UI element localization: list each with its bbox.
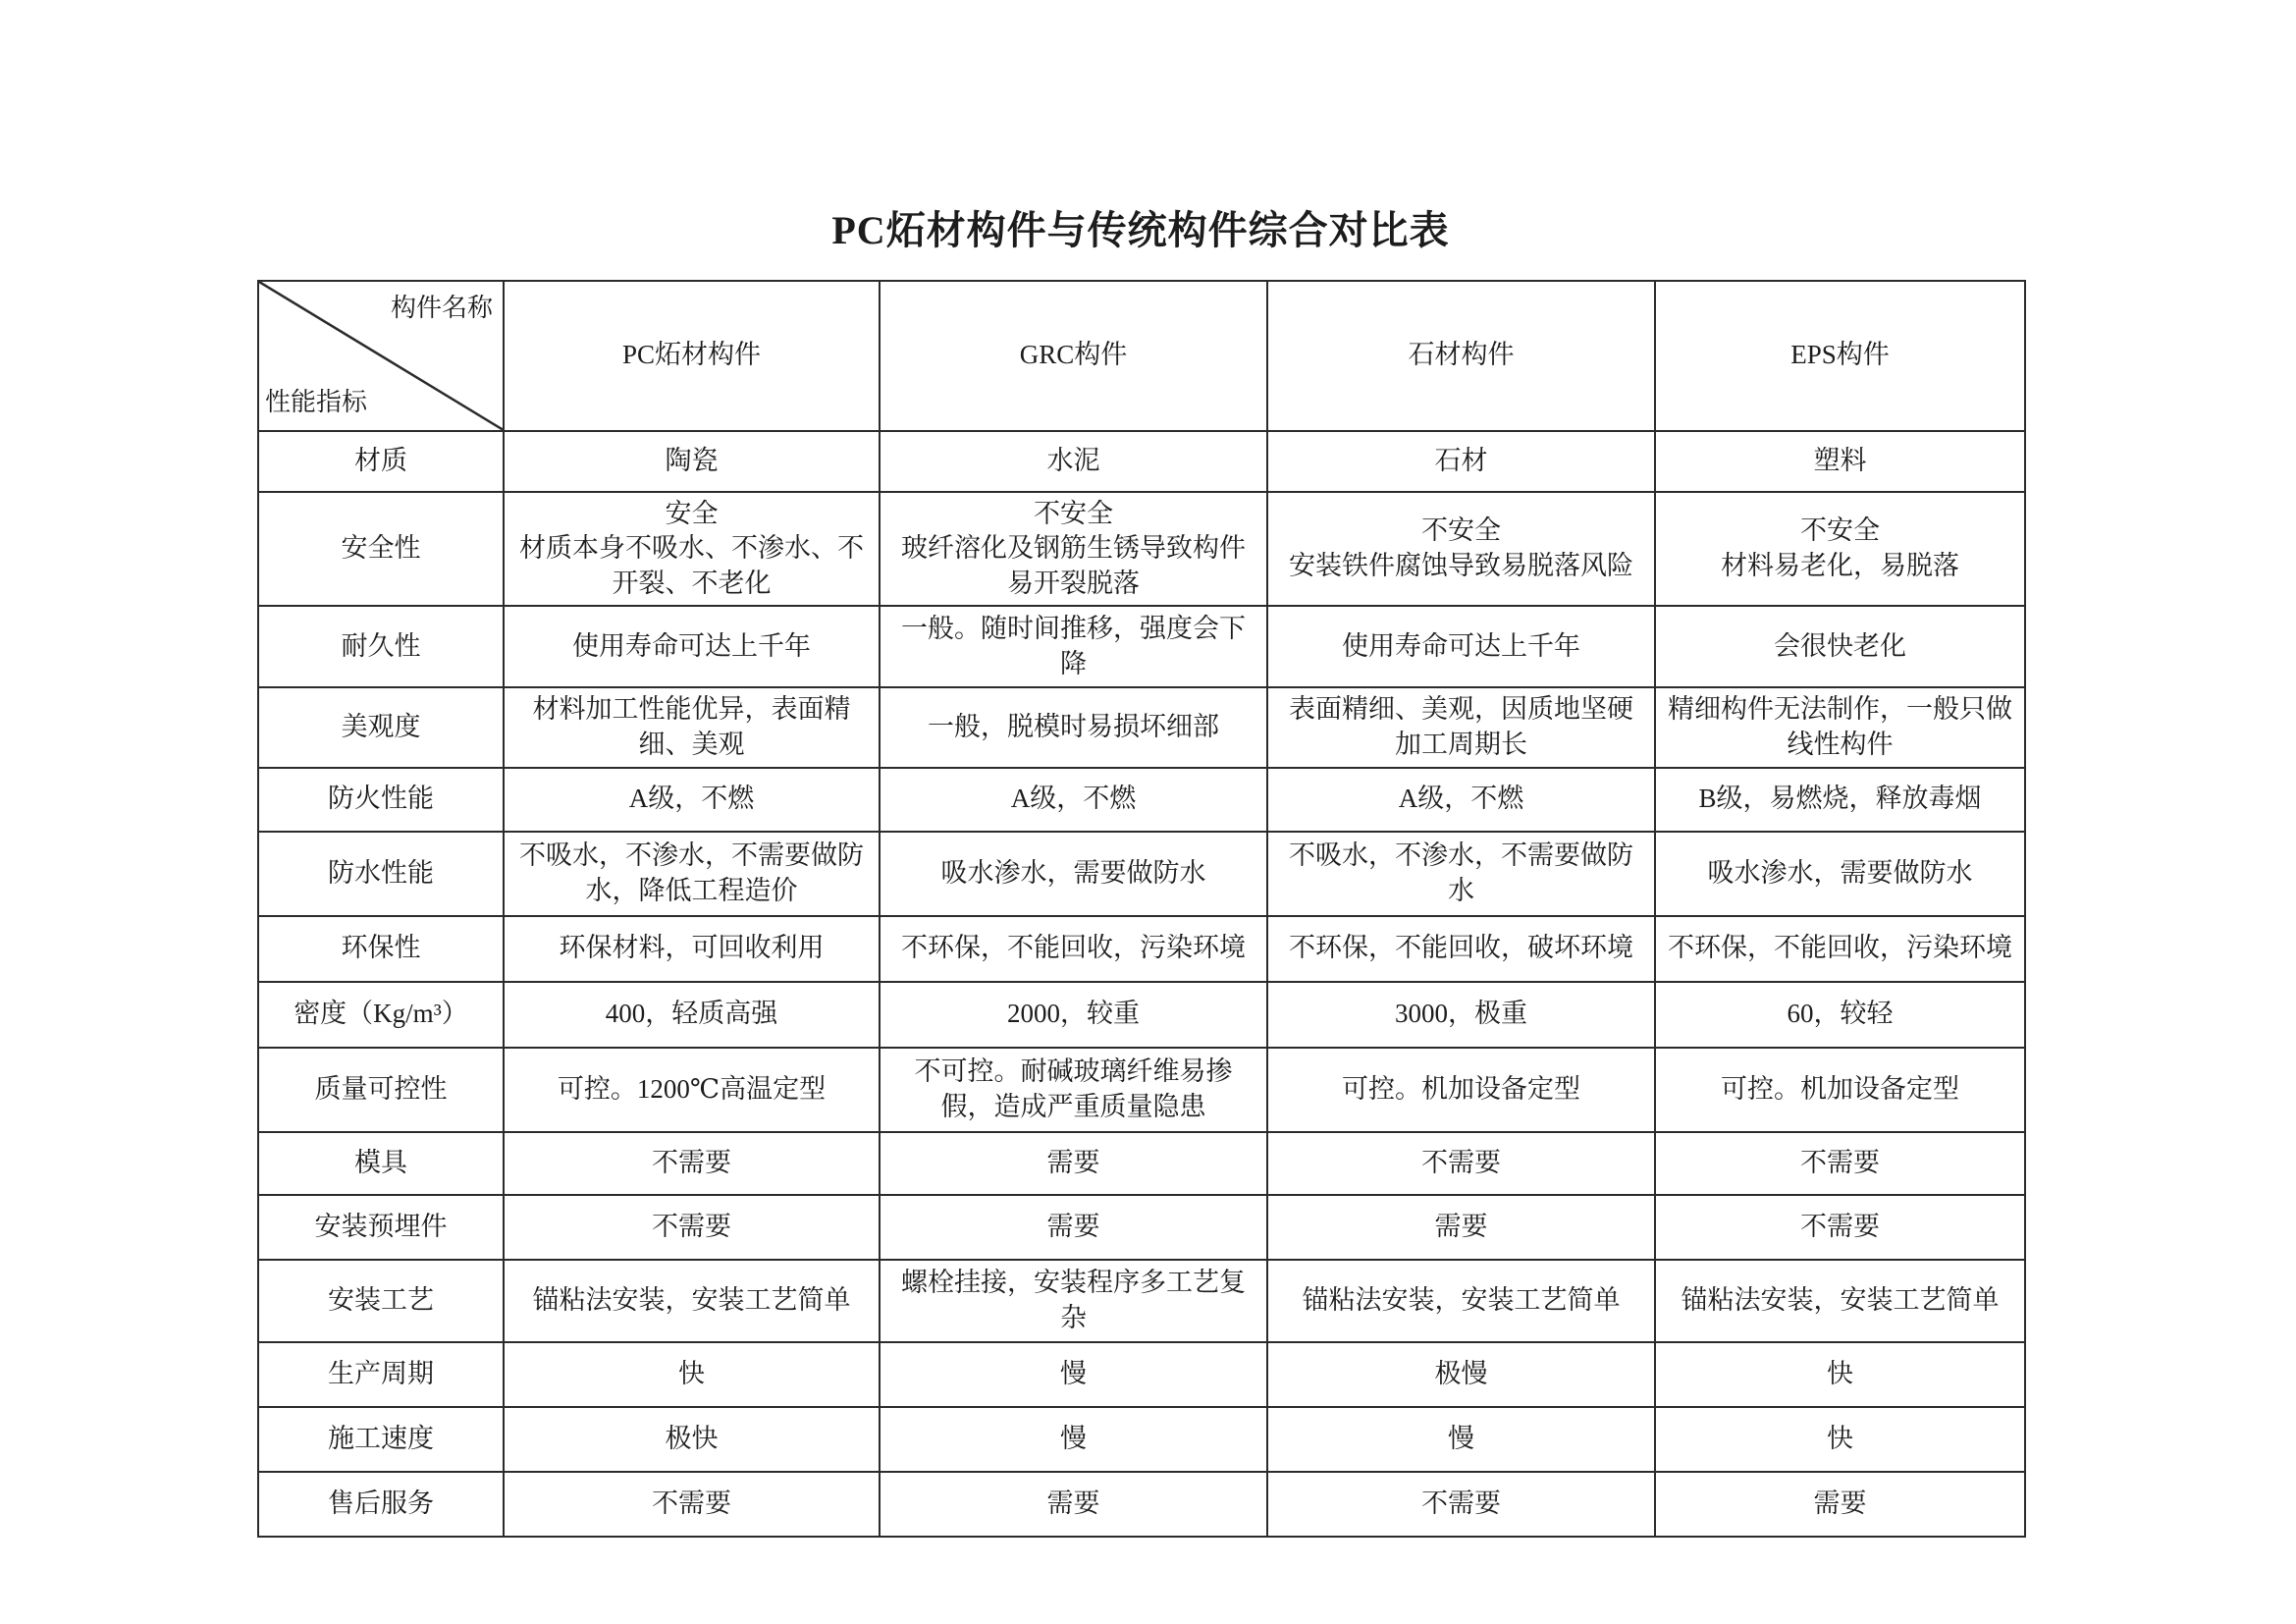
table-cell: 需要 <box>880 1132 1267 1195</box>
table-cell: 锚粘法安装，安装工艺简单 <box>504 1260 880 1342</box>
table-row: 安装工艺锚粘法安装，安装工艺简单螺栓挂接，安装程序多工艺复杂锚粘法安装，安装工艺… <box>258 1260 2025 1342</box>
row-indicator: 安装工艺 <box>258 1260 504 1342</box>
table-cell: 需要 <box>880 1472 1267 1537</box>
table-cell: 不环保，不能回收，污染环境 <box>1655 916 2025 982</box>
row-indicator: 耐久性 <box>258 606 504 687</box>
table-cell: 安全 材质本身不吸水、不渗水、不开裂、不老化 <box>504 492 880 607</box>
corner-label-component-name: 构件名称 <box>391 292 493 325</box>
table-cell: 材料加工性能优异，表面精细、美观 <box>504 687 880 767</box>
table-cell: 可控。机加设备定型 <box>1267 1048 1655 1132</box>
table-cell: 不安全 安装铁件腐蚀导致易脱落风险 <box>1267 492 1655 607</box>
table-cell: 使用寿命可达上千年 <box>1267 606 1655 687</box>
table-row: 耐久性使用寿命可达上千年一般。随时间推移，强度会下降使用寿命可达上千年会很快老化 <box>258 606 2025 687</box>
table-row: 环保性环保材料，可回收利用不环保，不能回收，污染环境不环保，不能回收，破坏环境不… <box>258 916 2025 982</box>
row-indicator: 施工速度 <box>258 1407 504 1472</box>
table-row: 售后服务不需要需要不需要需要 <box>258 1472 2025 1537</box>
table-cell: 不需要 <box>504 1132 880 1195</box>
table-cell: 400，轻质高强 <box>504 982 880 1048</box>
table-cell: 不需要 <box>504 1195 880 1260</box>
table-cell: 不安全 玻纤溶化及钢筋生锈导致构件易开裂脱落 <box>880 492 1267 607</box>
row-indicator: 材质 <box>258 431 504 492</box>
table-cell: 一般，脱模时易损坏细部 <box>880 687 1267 767</box>
table-row: 材质陶瓷水泥石材塑料 <box>258 431 2025 492</box>
corner-cell: 构件名称 性能指标 <box>258 281 504 431</box>
table-cell: 60，较轻 <box>1655 982 2025 1048</box>
table-cell: 不需要 <box>504 1472 880 1537</box>
table-cell: 陶瓷 <box>504 431 880 492</box>
table-cell: 不需要 <box>1655 1195 2025 1260</box>
table-cell: 需要 <box>1655 1472 2025 1537</box>
table-cell: 快 <box>504 1342 880 1407</box>
table-row: 安装预埋件不需要需要需要不需要 <box>258 1195 2025 1260</box>
table-row: 防火性能A级，不燃A级，不燃A级，不燃B级，易燃烧，释放毒烟 <box>258 768 2025 832</box>
table-cell: 不可控。耐碱玻璃纤维易掺假，造成严重质量隐患 <box>880 1048 1267 1132</box>
table-row: 模具不需要需要不需要不需要 <box>258 1132 2025 1195</box>
table-cell: 可控。机加设备定型 <box>1655 1048 2025 1132</box>
table-cell: 不环保，不能回收，破坏环境 <box>1267 916 1655 982</box>
table-cell: 不环保，不能回收，污染环境 <box>880 916 1267 982</box>
table-cell: B级，易燃烧，释放毒烟 <box>1655 768 2025 832</box>
row-indicator: 安全性 <box>258 492 504 607</box>
table-cell: 3000，极重 <box>1267 982 1655 1048</box>
table-cell: 极快 <box>504 1407 880 1472</box>
table-row: 施工速度极快慢慢快 <box>258 1407 2025 1472</box>
row-indicator: 模具 <box>258 1132 504 1195</box>
table-row: 美观度材料加工性能优异，表面精细、美观一般，脱模时易损坏细部表面精细、美观，因质… <box>258 687 2025 767</box>
column-header-1: PC炻材构件 <box>504 281 880 431</box>
header-row: 构件名称 性能指标 PC炻材构件GRC构件石材构件EPS构件 <box>258 281 2025 431</box>
table-row: 生产周期快慢极慢快 <box>258 1342 2025 1407</box>
table-cell: 吸水渗水，需要做防水 <box>1655 832 2025 916</box>
row-indicator: 生产周期 <box>258 1342 504 1407</box>
table-cell: 需要 <box>1267 1195 1655 1260</box>
table-cell: 慢 <box>880 1342 1267 1407</box>
page-title: PC炻材构件与传统构件综合对比表 <box>257 199 2024 255</box>
row-indicator: 安装预埋件 <box>258 1195 504 1260</box>
row-indicator: 防水性能 <box>258 832 504 916</box>
table-cell: 一般。随时间推移，强度会下降 <box>880 606 1267 687</box>
column-header-4: EPS构件 <box>1655 281 2025 431</box>
table-cell: 使用寿命可达上千年 <box>504 606 880 687</box>
row-indicator: 环保性 <box>258 916 504 982</box>
table-cell: 会很快老化 <box>1655 606 2025 687</box>
table-cell: 快 <box>1655 1407 2025 1472</box>
table-cell: 锚粘法安装，安装工艺简单 <box>1655 1260 2025 1342</box>
table-row: 防水性能不吸水，不渗水，不需要做防水，降低工程造价吸水渗水，需要做防水不吸水，不… <box>258 832 2025 916</box>
table-cell: 不需要 <box>1655 1132 2025 1195</box>
table-cell: 不吸水，不渗水，不需要做防水，降低工程造价 <box>504 832 880 916</box>
table-row: 安全性安全 材质本身不吸水、不渗水、不开裂、不老化不安全 玻纤溶化及钢筋生锈导致… <box>258 492 2025 607</box>
table-cell: 可控。1200℃高温定型 <box>504 1048 880 1132</box>
table-row: 质量可控性可控。1200℃高温定型不可控。耐碱玻璃纤维易掺假，造成严重质量隐患可… <box>258 1048 2025 1132</box>
comparison-table: 构件名称 性能指标 PC炻材构件GRC构件石材构件EPS构件 材质陶瓷水泥石材塑… <box>257 280 2026 1538</box>
document-page: PC炻材构件与传统构件综合对比表 构件名称 性能指标 PC炻材构件GRC构件石材… <box>0 0 2296 1624</box>
table-cell: 慢 <box>880 1407 1267 1472</box>
table-cell: 不需要 <box>1267 1132 1655 1195</box>
column-header-2: GRC构件 <box>880 281 1267 431</box>
row-indicator: 防火性能 <box>258 768 504 832</box>
table-cell: 精细构件无法制作，一般只做线性构件 <box>1655 687 2025 767</box>
table-cell: 石材 <box>1267 431 1655 492</box>
table-cell: 极慢 <box>1267 1342 1655 1407</box>
table-cell: 环保材料，可回收利用 <box>504 916 880 982</box>
corner-label-performance-indicator: 性能指标 <box>265 386 367 419</box>
table-cell: 吸水渗水，需要做防水 <box>880 832 1267 916</box>
row-indicator: 质量可控性 <box>258 1048 504 1132</box>
table-cell: 不安全 材料易老化，易脱落 <box>1655 492 2025 607</box>
table-cell: A级，不燃 <box>1267 768 1655 832</box>
table-cell: A级，不燃 <box>880 768 1267 832</box>
row-indicator: 美观度 <box>258 687 504 767</box>
column-header-3: 石材构件 <box>1267 281 1655 431</box>
table-cell: 需要 <box>880 1195 1267 1260</box>
table-cell: 表面精细、美观，因质地坚硬加工周期长 <box>1267 687 1655 767</box>
table-cell: 慢 <box>1267 1407 1655 1472</box>
row-indicator: 密度（Kg/m³） <box>258 982 504 1048</box>
table-cell: 锚粘法安装，安装工艺简单 <box>1267 1260 1655 1342</box>
row-indicator: 售后服务 <box>258 1472 504 1537</box>
table-cell: A级，不燃 <box>504 768 880 832</box>
table-cell: 快 <box>1655 1342 2025 1407</box>
table-cell: 不吸水，不渗水，不需要做防水 <box>1267 832 1655 916</box>
table-cell: 塑料 <box>1655 431 2025 492</box>
table-cell: 水泥 <box>880 431 1267 492</box>
table-cell: 2000，较重 <box>880 982 1267 1048</box>
table-row: 密度（Kg/m³）400，轻质高强2000，较重3000，极重60，较轻 <box>258 982 2025 1048</box>
table-cell: 螺栓挂接，安装程序多工艺复杂 <box>880 1260 1267 1342</box>
table-cell: 不需要 <box>1267 1472 1655 1537</box>
